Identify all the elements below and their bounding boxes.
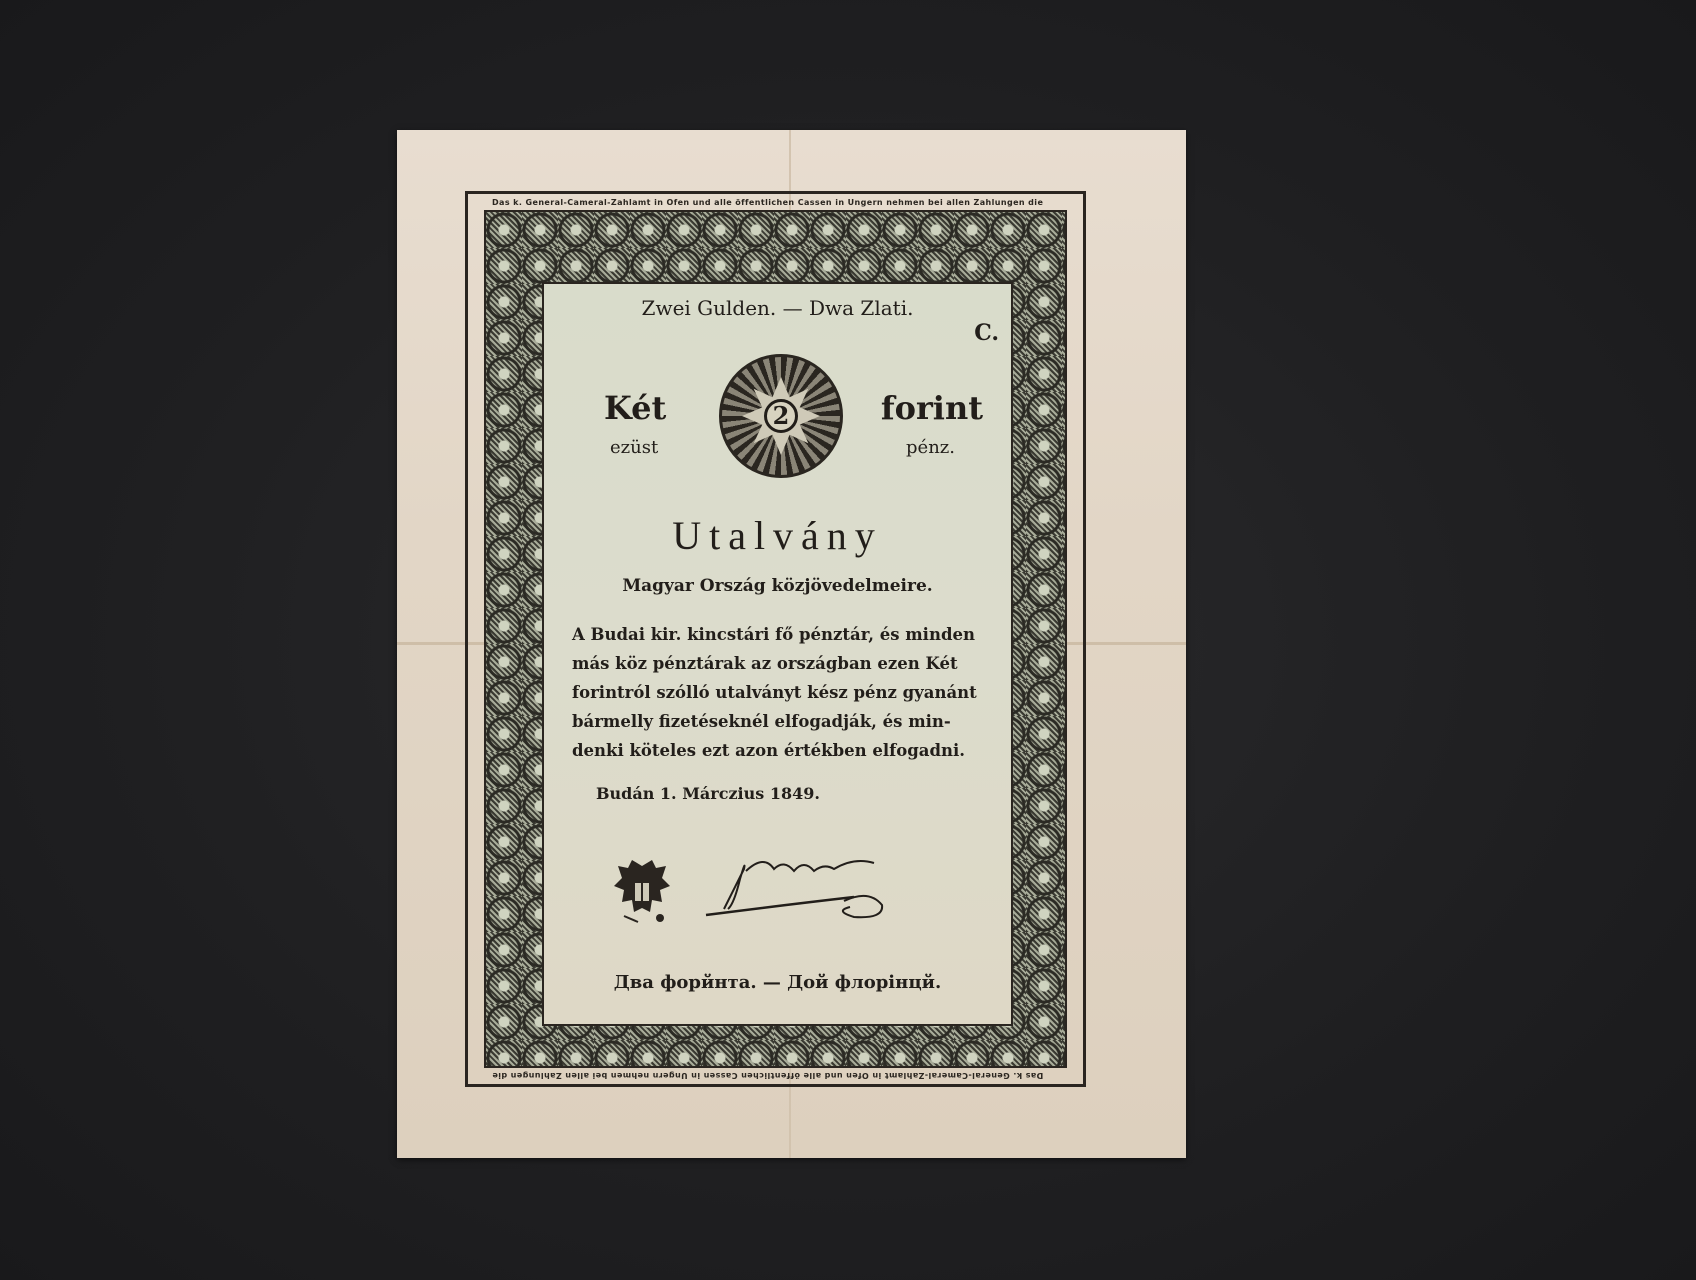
center-panel: Zwei Gulden. — Dwa Zlati. C. Két forint …	[542, 282, 1013, 1026]
issue-date: Budán 1. Márczius 1849.	[596, 784, 820, 803]
body-line: denki köteles ezt azon értékben elfogadn…	[572, 736, 987, 765]
border-text-top: Das k. General-Cameral-Zahlamt in Ofen u…	[492, 198, 1043, 207]
body-line: A Budai kir. kincstári fő pénztár, és mi…	[572, 620, 987, 649]
title: Utalvány	[544, 512, 1011, 559]
subtitle: Magyar Ország közjövedelmeire.	[544, 576, 1011, 596]
border-text-bottom: Das k. General-Cameral-Zahlamt in Ofen u…	[492, 1071, 1043, 1080]
sub-right: pénz.	[906, 437, 955, 458]
body-line: más köz pénztárak az országban ezen Két	[572, 649, 987, 678]
body-line: bármelly fizetéseknél elfogadják, és min…	[572, 707, 987, 736]
body-line: forintról szólló utalványt kész pénz gya…	[572, 678, 987, 707]
banknote: Das k. General-Cameral-Zahlamt in Ofen u…	[397, 130, 1186, 1158]
guilloche-border: Zwei Gulden. — Dwa Zlati. C. Két forint …	[484, 210, 1067, 1068]
signature	[704, 849, 894, 929]
outer-frame: Das k. General-Cameral-Zahlamt in Ofen u…	[465, 191, 1086, 1087]
seal-value: 2	[764, 399, 798, 433]
top-text: Zwei Gulden. — Dwa Zlati.	[544, 296, 1011, 320]
value-seal-icon: 2	[719, 354, 843, 478]
bottom-text: Два форйнта. — Дой флорінцй.	[544, 972, 1011, 993]
serial-letter: C.	[974, 320, 999, 346]
sub-left: ezüst	[610, 437, 658, 458]
body-text: A Budai kir. kincstári fő pénztár, és mi…	[572, 620, 987, 765]
denomination-right: forint	[881, 389, 983, 427]
denomination-left: Két	[604, 389, 666, 427]
double-headed-eagle-icon	[610, 856, 674, 930]
